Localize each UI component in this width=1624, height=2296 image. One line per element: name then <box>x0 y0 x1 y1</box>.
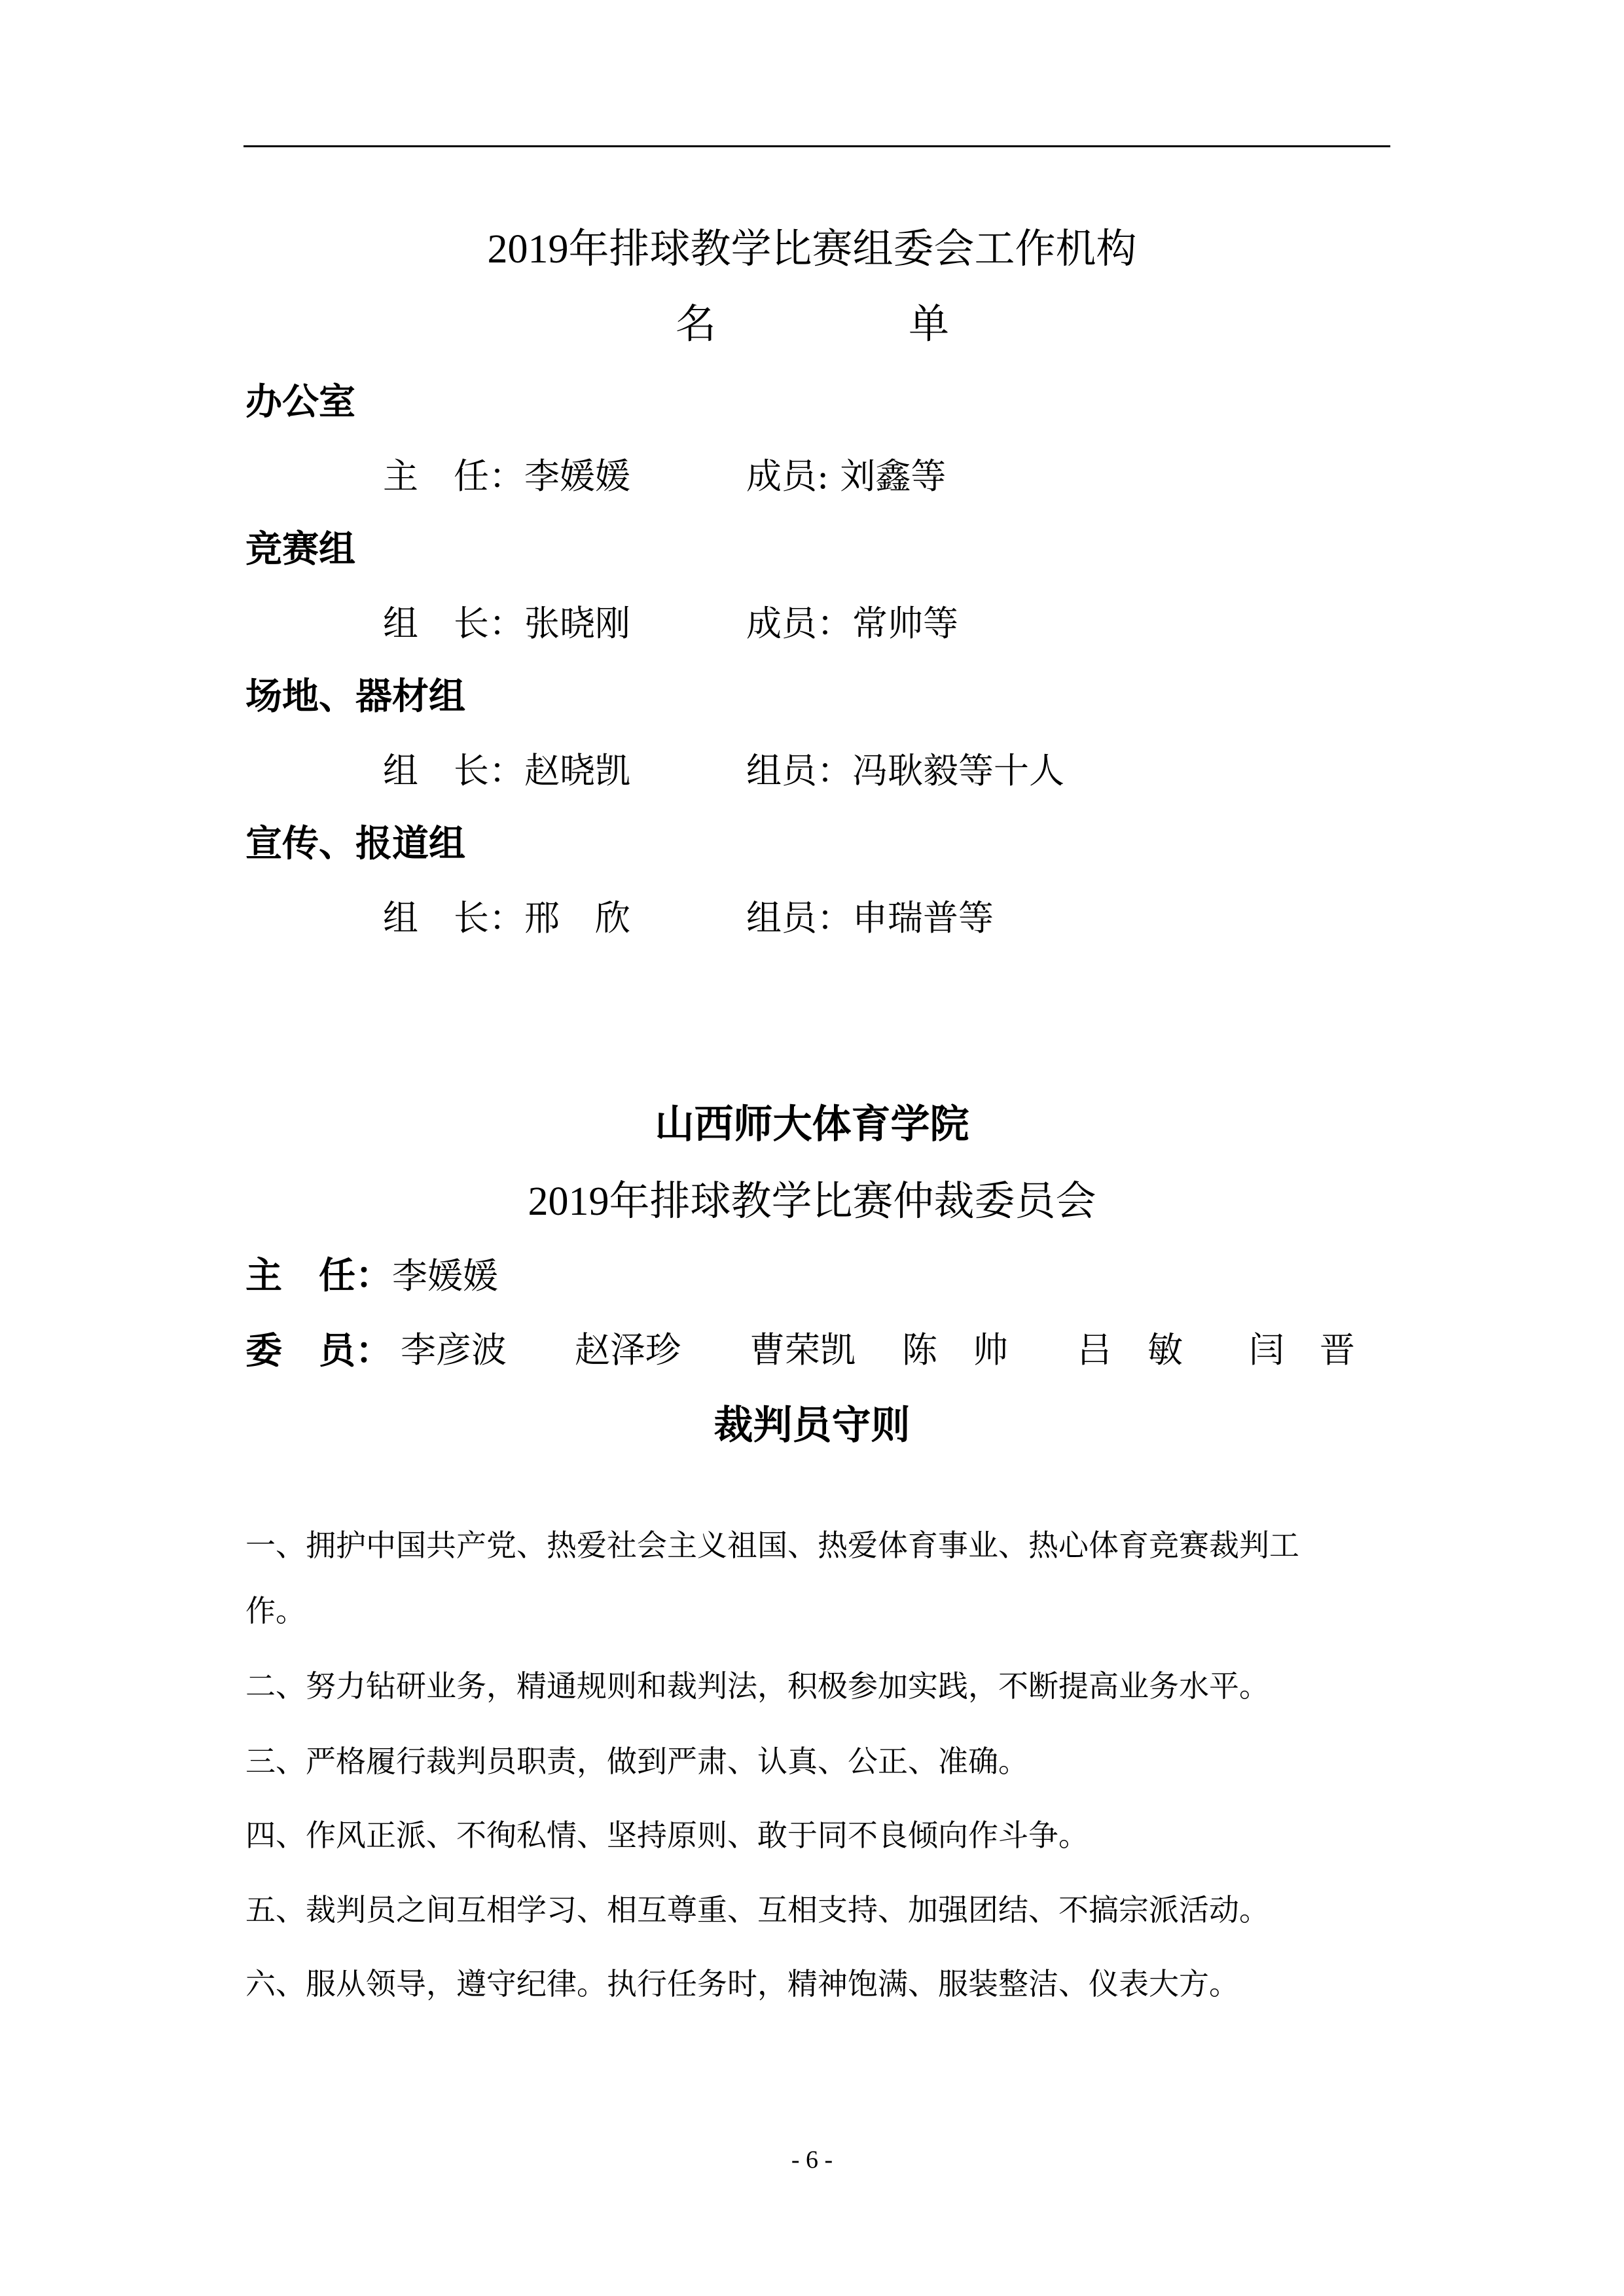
member-names: 申瑞普等 <box>852 897 994 939</box>
page-number: - 6 - <box>0 2145 1624 2174</box>
code-item-1: 一、拥护中国共产党、热爱社会主义祖国、热爱体育事业、热心体育竞赛裁判工 <box>245 1522 1299 1565</box>
publicity-members: 组员：申瑞普等 <box>746 890 994 941</box>
member-names: 常帅等 <box>852 603 958 644</box>
title-char-ming: 名 <box>676 291 716 350</box>
member-label: 组员： <box>746 897 852 939</box>
member-1: 赵泽珍 <box>575 1322 681 1372</box>
members-label: 委 员： <box>245 1330 392 1372</box>
section-heading-venue: 场地、器材组 <box>245 668 465 720</box>
section-heading-publicity: 宣传、报道组 <box>245 815 465 867</box>
director-name: 李媛媛 <box>392 1255 498 1297</box>
code-title: 裁判员守则 <box>0 1394 1624 1450</box>
role-label: 主 任： <box>383 456 524 497</box>
publicity-leader: 组 长：邢 欣 <box>383 890 630 941</box>
header-rule <box>244 145 1390 147</box>
section-heading-competition: 竞赛组 <box>245 520 355 573</box>
venue-leader: 组 长：赵晓凯 <box>383 743 630 793</box>
office-members: 成员: 刘鑫等 <box>746 448 946 499</box>
member-label: 成员： <box>746 603 852 644</box>
member-names: 刘鑫等 <box>840 456 946 497</box>
member-2: 曹荣凯 <box>749 1322 856 1372</box>
leader-name: 张晓刚 <box>524 603 630 644</box>
arbitration-org: 山西师大体育学院 <box>0 1093 1624 1149</box>
code-item-5: 五、裁判员之间互相学习、相互尊重、互相支持、加强团结、不搞宗派活动。 <box>245 1886 1269 1929</box>
role-label: 组 长： <box>383 897 524 939</box>
member-4: 吕 敏 <box>1077 1322 1183 1372</box>
role-label: 组 长： <box>383 603 524 644</box>
member-label: 成员: <box>746 456 840 497</box>
office-director: 主 任：李媛媛 <box>383 448 630 499</box>
director-label: 主 任： <box>245 1255 392 1297</box>
code-item-1-cont: 作。 <box>245 1587 306 1630</box>
member-3: 陈 帅 <box>902 1322 1008 1372</box>
section-heading-office: 办公室 <box>245 373 355 425</box>
arbitration-members: 委 员： <box>245 1322 392 1374</box>
competition-leader: 组 长：张晓刚 <box>383 596 630 646</box>
venue-members: 组员：冯耿毅等十人 <box>746 743 1064 793</box>
code-item-6: 六、服从领导，遵守纪律。执行任务时，精神饱满、服装整洁、仪表大方。 <box>245 1960 1239 2003</box>
title-char-dan: 单 <box>909 291 949 350</box>
competition-members: 成员：常帅等 <box>746 596 958 646</box>
member-label: 组员： <box>746 750 852 791</box>
member-names: 冯耿毅等十人 <box>852 750 1064 791</box>
arbitration-title: 2019年排球教学比赛仲裁委员会 <box>0 1168 1624 1227</box>
leader-name: 李媛媛 <box>524 456 630 497</box>
member-0: 李彦波 <box>401 1322 507 1372</box>
code-item-3: 三、严格履行裁判员职责，做到严肃、认真、公正、准确。 <box>245 1738 1028 1781</box>
arbitration-director: 主 任：李媛媛 <box>245 1247 498 1299</box>
code-item-2: 二、努力钻研业务，精通规则和裁判法，积极参加实践，不断提高业务水平。 <box>245 1662 1269 1706</box>
member-5: 闫 晋 <box>1249 1322 1355 1372</box>
role-label: 组 长： <box>383 750 524 791</box>
code-item-4: 四、作风正派、不徇私情、坚持原则、敢于同不良倾向作斗争。 <box>245 1812 1089 1855</box>
leader-name: 赵晓凯 <box>524 750 630 791</box>
document-title: 2019年排球教学比赛组委会工作机构 <box>0 216 1624 274</box>
leader-name: 邢 欣 <box>524 897 630 939</box>
